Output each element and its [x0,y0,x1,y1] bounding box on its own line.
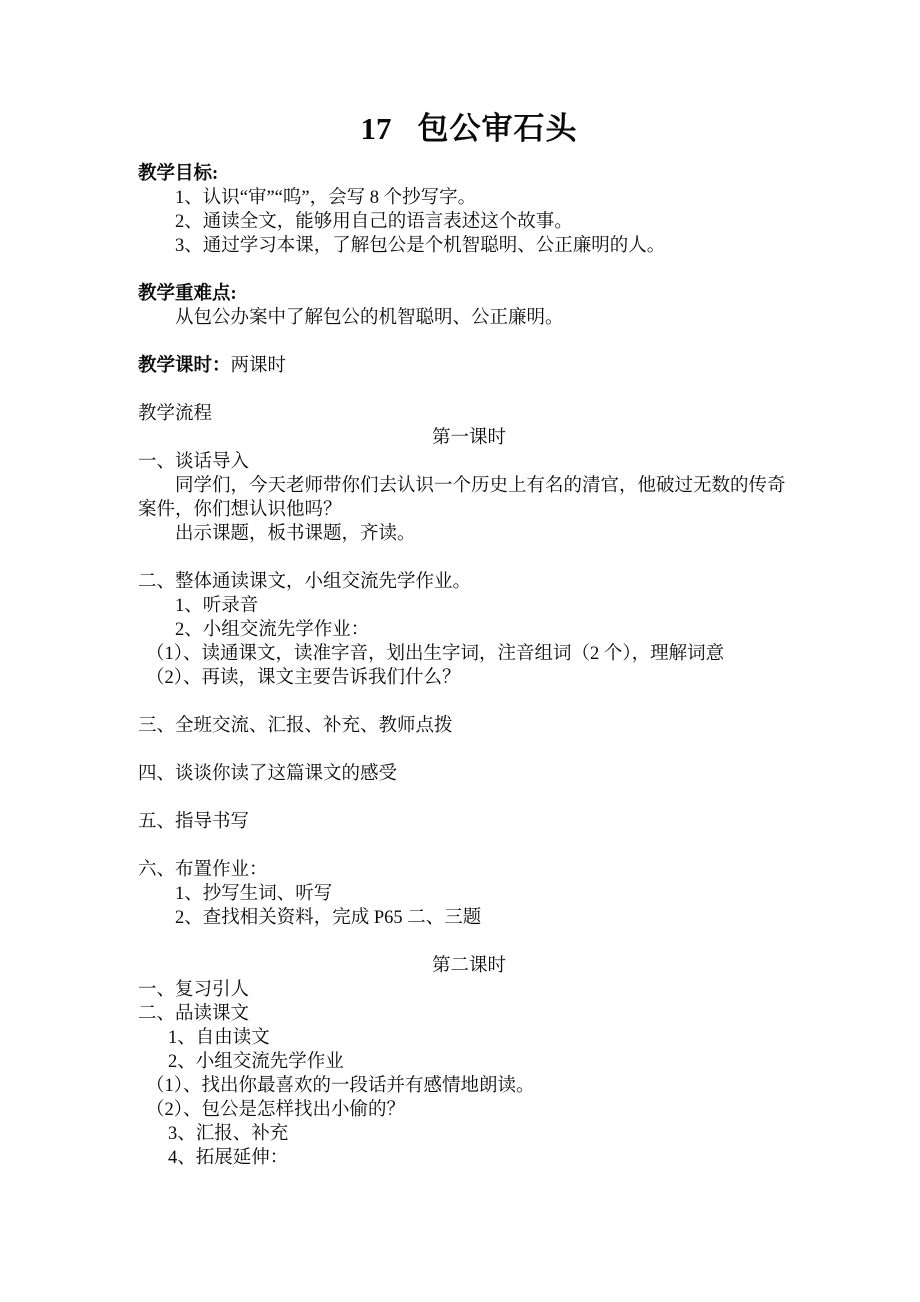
text-line: 2、查找相关资料，完成 P65 二、三题 [138,906,800,930]
text-line: 案件，你们想认识他吗？ [138,498,800,522]
text-line: 一、谈话导入 [138,450,800,474]
line-text: 教学目标: [138,164,218,184]
text-line: 从包公办案中了解包公的机智聪明、公正廉明。 [138,306,800,330]
text-line: 教学流程 [138,402,800,426]
line-text: 三、全班交流、汇报、补充、教师点拨 [138,716,453,736]
line-text: 教学重难点: [138,284,237,304]
text-line: 1、自由读文 [138,1026,800,1050]
text-line: （2）、包公是怎样找出小偷的？ [138,1098,800,1122]
text-line: 一、复习引人 [138,978,800,1002]
text-line: 2、通读全文，能够用自己的语言表述这个故事。 [138,210,800,234]
text-line: 1、抄写生词、听写 [138,882,800,906]
page-title: 17包公审石头 [138,106,800,152]
text-line: 2、小组交流先学作业 [138,1050,800,1074]
line-text: 六、布置作业： [138,860,268,880]
blank-line [138,738,800,762]
line-text: 第二课时 [432,956,506,976]
text-line: （1）、读通课文，读准字音，划出生字词，注音组词（2 个），理解词意 [138,642,800,666]
line-text: 五、指导书写 [138,812,249,832]
line-text: 1、自由读文 [168,1028,270,1048]
blank-line [138,786,800,810]
line-text: 从包公办案中了解包公的机智聪明、公正廉明。 [175,308,564,328]
line-text: 2、查找相关资料，完成 P65 二、三题 [175,908,481,928]
text-line: 三、全班交流、汇报、补充、教师点拨 [138,714,800,738]
line-text: 4、拓展延伸： [168,1148,288,1168]
text-line: 六、布置作业： [138,858,800,882]
heading-label: 教学课时： [138,356,231,376]
line-text: 3、通过学习本课，了解包公是个机智聪明、公正廉明的人。 [175,236,665,256]
blank-line [138,834,800,858]
line-text: 四、谈谈你读了这篇课文的感受 [138,764,397,784]
text-line: （1）、找出你最喜欢的一段话并有感情地朗读。 [138,1074,800,1098]
line-text: 2、小组交流先学作业 [168,1052,344,1072]
line-text: 案件，你们想认识他吗？ [138,500,342,520]
line-text: 1、抄写生词、听写 [175,884,332,904]
line-text: 一、谈话导入 [138,452,249,472]
section-heading: 教学重难点: [138,282,800,306]
line-text: 2、通读全文，能够用自己的语言表述这个故事。 [175,212,573,232]
blank-line [138,378,800,402]
blank-line [138,690,800,714]
text-line: 二、品读课文 [138,1002,800,1026]
blank-line [138,258,800,282]
line-text: 出示课题，板书课题，齐读。 [175,524,416,544]
line-text: 二、整体通读课文，小组交流先学作业。 [138,572,471,592]
line-text: （1）、找出你最喜欢的一段话并有感情地朗读。 [146,1076,535,1096]
line-text: 2、小组交流先学作业： [175,620,369,640]
text-line: （2）、再读，课文主要告诉我们什么？ [138,666,800,690]
blank-line [138,546,800,570]
text-line: 二、整体通读课文，小组交流先学作业。 [138,570,800,594]
text-line: 1、听录音 [138,594,800,618]
line-text: （2）、包公是怎样找出小偷的？ [146,1100,405,1120]
text-line: 3、通过学习本课，了解包公是个机智聪明、公正廉明的人。 [138,234,800,258]
blank-line [138,930,800,954]
blank-line [138,330,800,354]
section-heading: 教学课时：两课时 [138,354,800,378]
session-heading: 第二课时 [138,954,800,978]
text-line: 出示课题，板书课题，齐读。 [138,522,800,546]
line-text: 二、品读课文 [138,1004,249,1024]
text-line: 2、小组交流先学作业： [138,618,800,642]
line-text: （1）、读通课文，读准字音，划出生字词，注音组词（2 个），理解词意 [146,644,724,664]
line-text: 同学们，今天老师带你们去认识一个历史上有名的清官，他破过无数的传奇 [175,476,786,496]
text-line: 3、汇报、补充 [138,1122,800,1146]
line-text: （2）、再读，课文主要告诉我们什么？ [146,668,461,688]
document-lines: 教学目标:1、认识“审”“呜”，会写 8 个抄写字。2、通读全文，能够用自己的语… [138,162,800,1170]
line-text: 一、复习引人 [138,980,249,1000]
text-line: 同学们，今天老师带你们去认识一个历史上有名的清官，他破过无数的传奇 [138,474,800,498]
text-line: 1、认识“审”“呜”，会写 8 个抄写字。 [138,186,800,210]
line-text: 两课时 [231,356,287,376]
line-text: 1、认识“审”“呜”，会写 8 个抄写字。 [175,188,476,208]
text-line: 五、指导书写 [138,810,800,834]
section-heading: 教学目标: [138,162,800,186]
line-text: 3、汇报、补充 [168,1124,288,1144]
lesson-title-text: 包公审石头 [418,111,578,146]
session-heading: 第一课时 [138,426,800,450]
line-text: 教学流程 [138,404,212,424]
lesson-number: 17 [361,111,392,146]
document-page: 17包公审石头 教学目标:1、认识“审”“呜”，会写 8 个抄写字。2、通读全文… [0,0,920,1302]
text-line: 四、谈谈你读了这篇课文的感受 [138,762,800,786]
line-text: 第一课时 [432,428,506,448]
text-line: 4、拓展延伸： [138,1146,800,1170]
line-text: 1、听录音 [175,596,258,616]
